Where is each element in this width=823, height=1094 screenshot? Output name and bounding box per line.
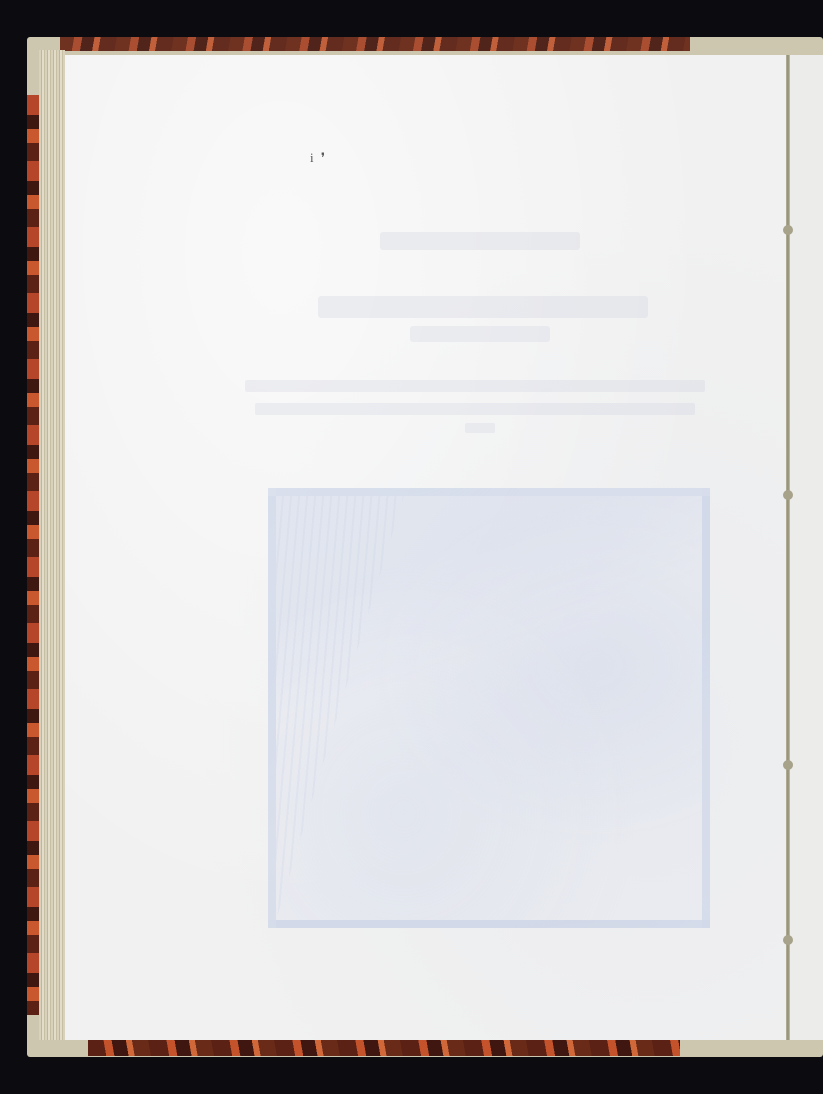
binding-stitch xyxy=(783,490,793,500)
binding-stitch xyxy=(783,760,793,770)
showthrough-woodcut xyxy=(268,488,710,928)
showthrough-imprint-1 xyxy=(245,380,705,392)
binding-stitch xyxy=(783,935,793,945)
marbled-edge-top xyxy=(60,37,690,51)
marbled-edge-left xyxy=(27,95,39,1015)
showthrough-imprint-2 xyxy=(255,403,695,415)
showthrough-subtitle xyxy=(318,296,648,318)
marbled-edge-bottom xyxy=(88,1040,680,1056)
showthrough-date xyxy=(465,423,495,433)
page-fore-edge xyxy=(39,50,65,1040)
facing-page-edge xyxy=(790,55,823,1040)
showthrough-title xyxy=(380,232,580,250)
book-scan: i ❜ xyxy=(0,0,823,1094)
pencil-mark: i ❜ xyxy=(310,150,327,166)
binding-stitch xyxy=(783,225,793,235)
showthrough-subtitle-2 xyxy=(410,326,550,342)
woodcut-curtain xyxy=(276,496,702,920)
